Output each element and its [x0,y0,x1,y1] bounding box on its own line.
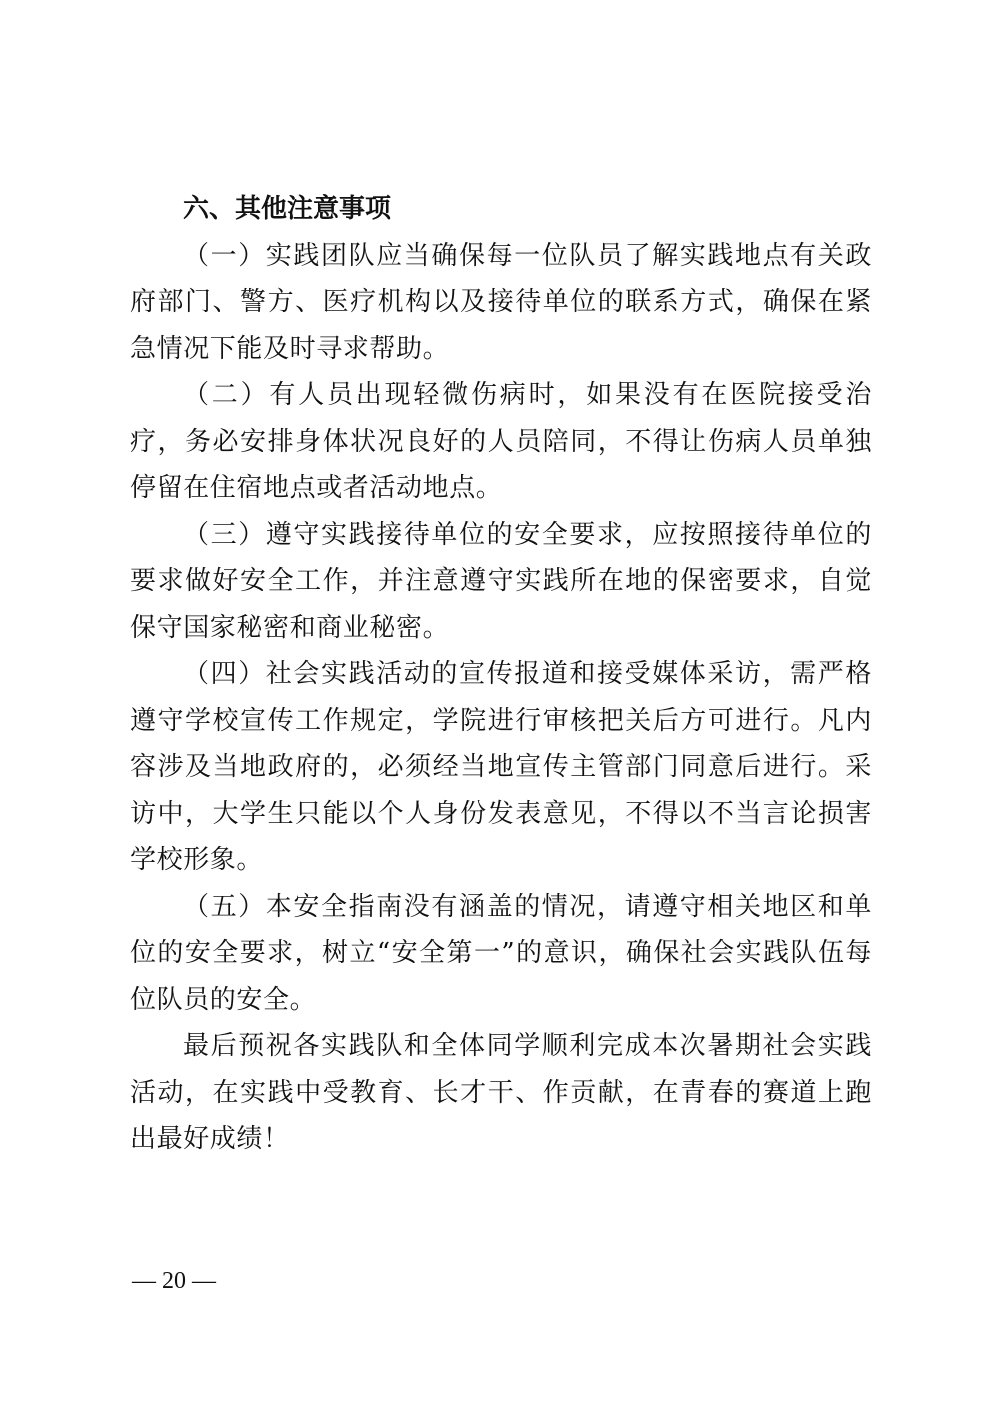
document-page: 六、其他注意事项 （一）实践团队应当确保每一位队员了解实践地点有关政府部门、警方… [0,0,999,1414]
paragraph-item-3: （三）遵守实践接待单位的安全要求，应按照接待单位的要求做好安全工作，并注意遵守实… [130,512,872,652]
paragraph-item-2: （二）有人员出现轻微伤病时，如果没有在医院接受治疗，务必安排身体状况良好的人员陪… [130,372,872,512]
document-body: 六、其他注意事项 （一）实践团队应当确保每一位队员了解实践地点有关政府部门、警方… [130,186,872,1163]
page-number: — 20 — [132,1268,216,1295]
paragraph-item-5: （五）本安全指南没有涵盖的情况，请遵守相关地区和单位的安全要求，树立“安全第一”… [130,884,872,1024]
section-heading: 六、其他注意事项 [130,186,872,233]
paragraph-item-4: （四）社会实践活动的宣传报道和接受媒体采访，需严格遵守学校宣传工作规定，学院进行… [130,651,872,884]
paragraph-item-1: （一）实践团队应当确保每一位队员了解实践地点有关政府部门、警方、医疗机构以及接待… [130,233,872,373]
closing-paragraph: 最后预祝各实践队和全体同学顺利完成本次暑期社会实践活动，在实践中受教育、长才干、… [130,1023,872,1163]
